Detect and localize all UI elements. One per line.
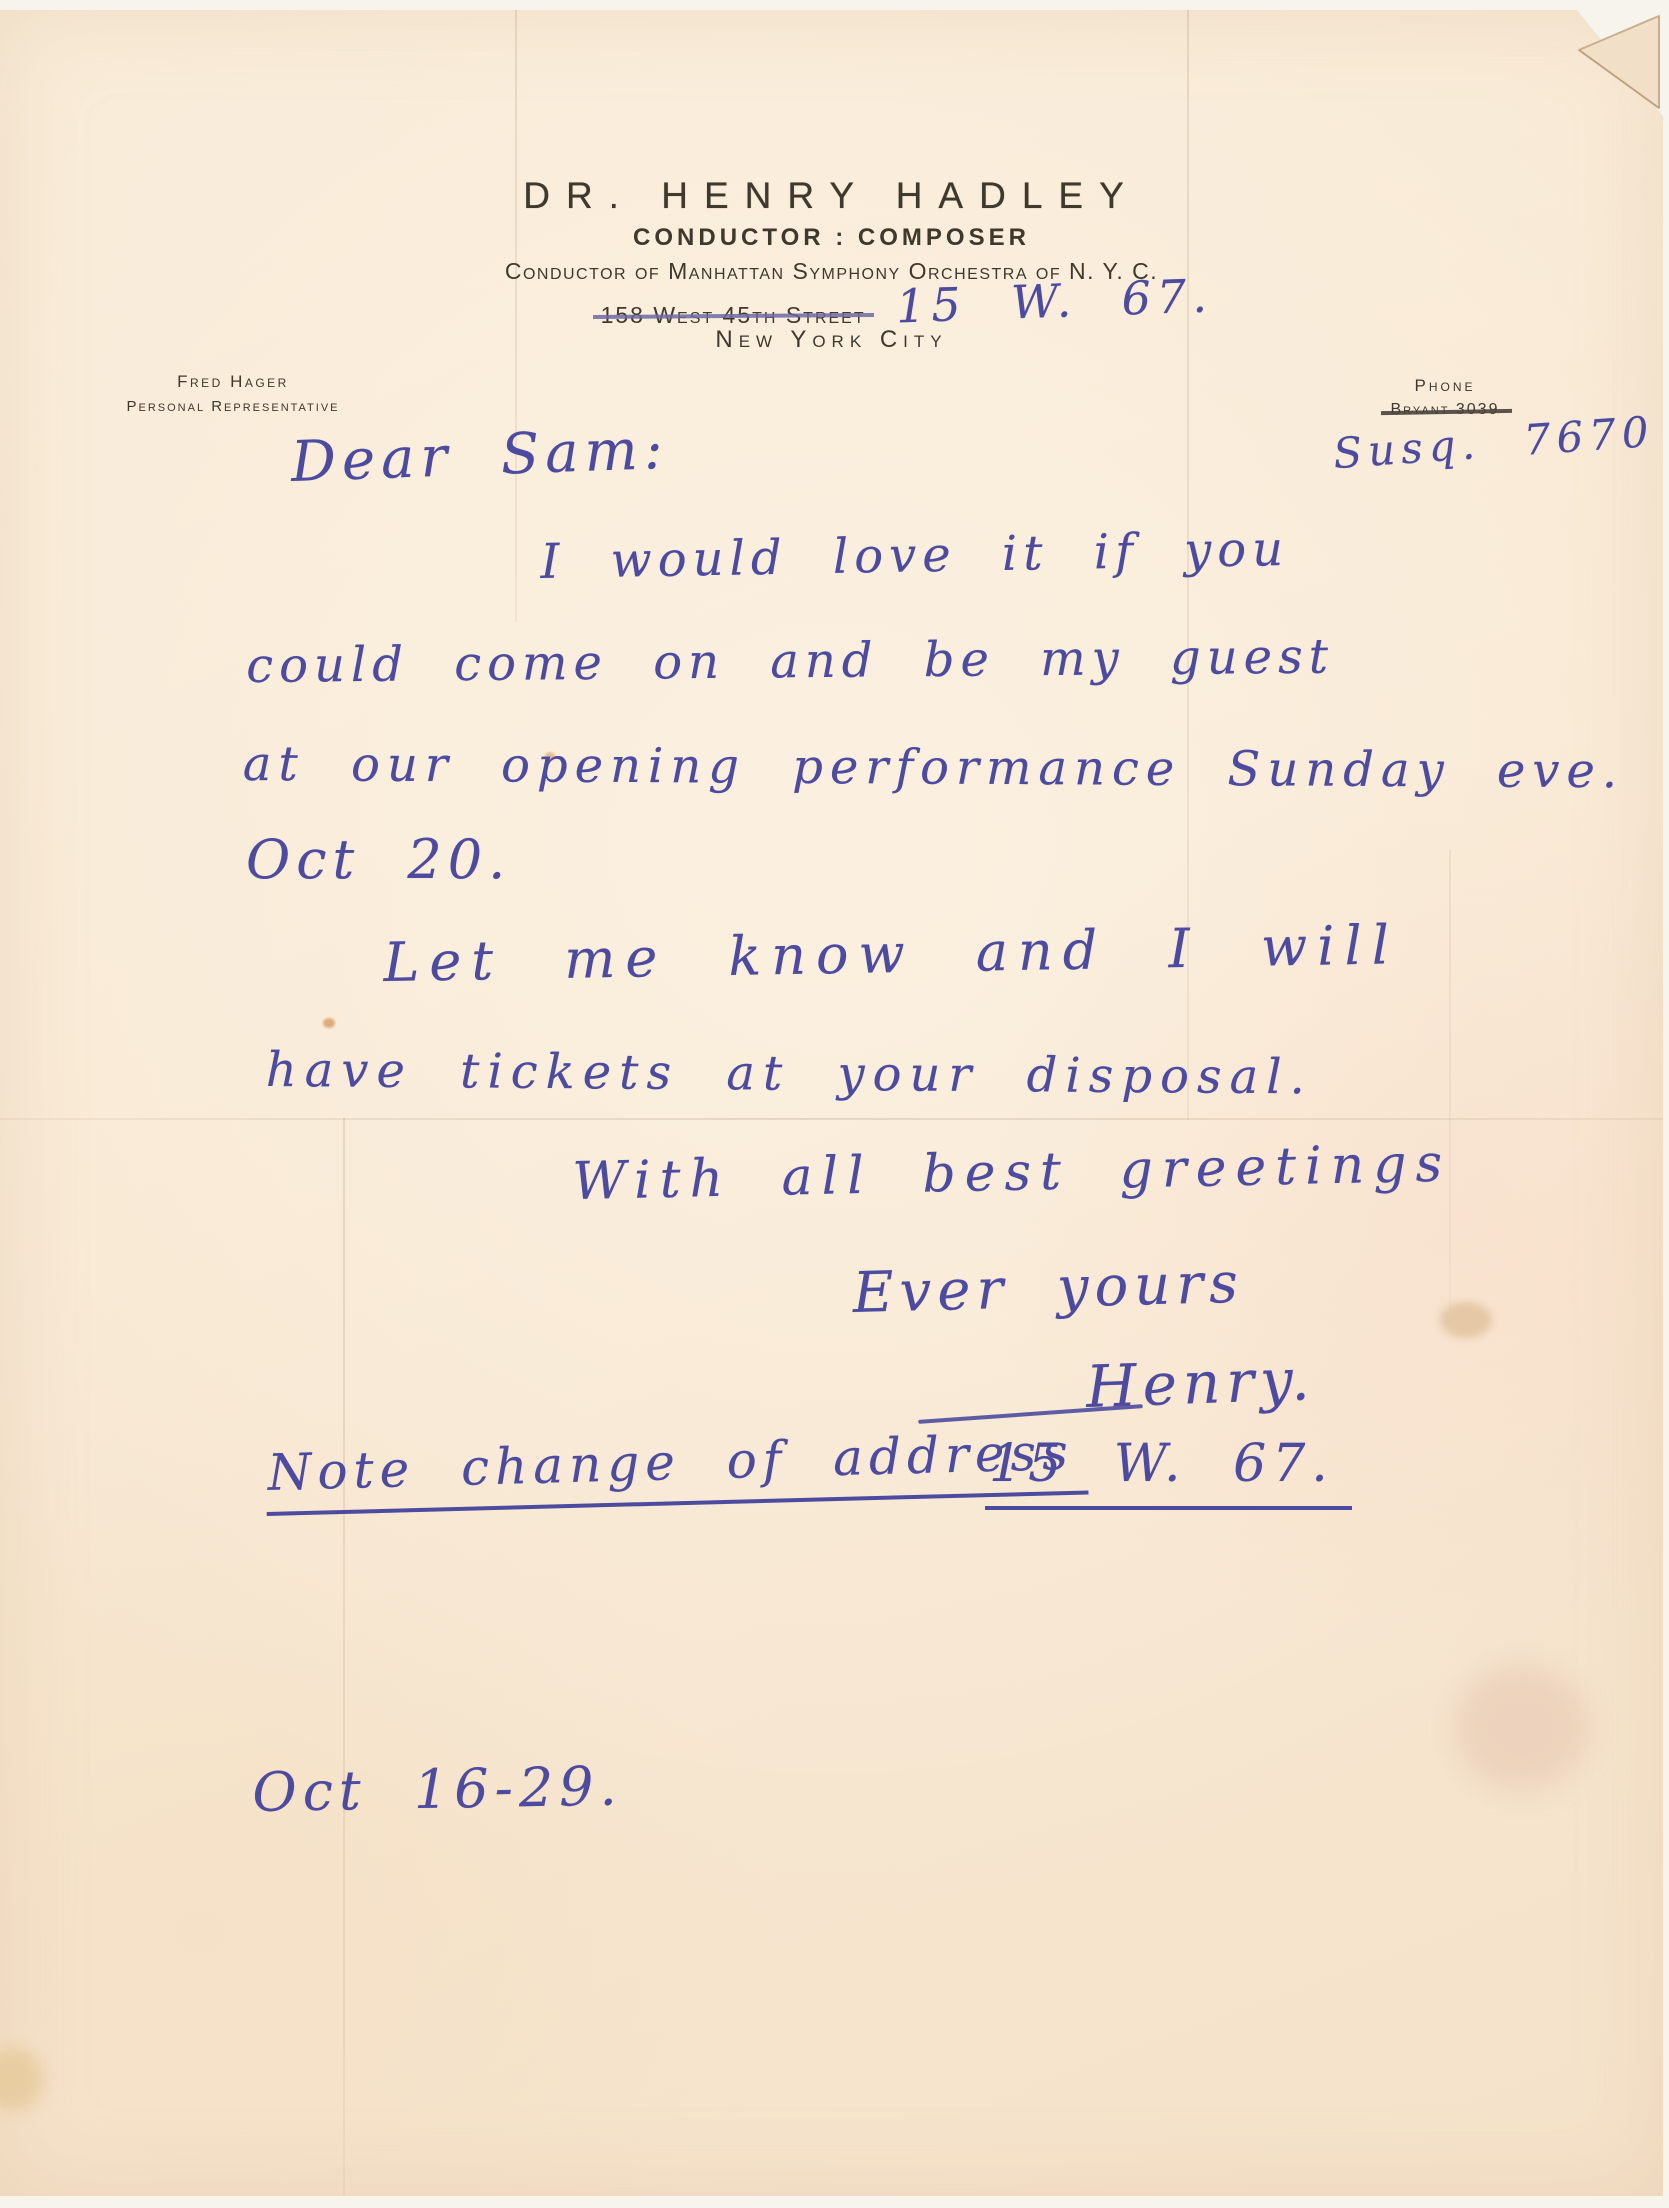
representative-title: Personal Representative: [88, 398, 378, 415]
address-note: Note change of address: [265, 1426, 1089, 1516]
fold-crease-vertical: [343, 1118, 345, 2196]
fold-crease-horizontal: [0, 1118, 1663, 1120]
letterhead-address-row: 158 West 45th Street 15 W. 67.: [0, 284, 1663, 330]
letterhead-name: DR. HENRY HADLEY: [0, 175, 1663, 217]
letter-line: I would love it if you: [540, 525, 1289, 586]
letter-line: Oct 20.: [246, 833, 511, 887]
old-address-struck: 158 West 45th Street: [601, 302, 866, 329]
letter-date: Oct 16-29.: [252, 1760, 623, 1820]
letterhead-city: New York City: [0, 326, 1663, 354]
stain: [0, 2048, 44, 2110]
stain: [323, 1018, 335, 1028]
letter-line: could come on and be my guest: [246, 633, 1334, 690]
folded-corner: [1575, 10, 1665, 118]
letterhead-org: Conductor of Manhattan Symphony Orchestr…: [0, 258, 1663, 285]
old-phone-struck: Bryant 3039: [1391, 401, 1500, 419]
letterhead-role: CONDUCTOR : COMPOSER: [0, 224, 1663, 252]
letter-line: Let me know and I will: [383, 918, 1399, 990]
representative-name: Fred Hager: [88, 372, 378, 392]
address-note-value: 15 W. 67.: [985, 1438, 1352, 1510]
letter-line: have tickets at your disposal.: [266, 1046, 1313, 1101]
closing-line: With all best greetings: [572, 1138, 1452, 1208]
phone-block: Phone Bryant 3039 Susq. 7670: [1305, 376, 1585, 419]
letter-line: at our opening performance Sunday eve.: [243, 740, 1625, 795]
salutation: Dear Sam:: [290, 422, 669, 491]
valediction: Ever yours: [852, 1256, 1244, 1322]
stain: [1455, 1665, 1590, 1790]
stain: [1440, 1302, 1492, 1338]
letter-paper: DR. HENRY HADLEY CONDUCTOR : COMPOSER Co…: [0, 10, 1663, 2196]
signature: Henry.: [1085, 1350, 1316, 1416]
representative-block: Fred Hager Personal Representative: [88, 372, 378, 415]
handwritten-new-address: 15 W. 67.: [895, 272, 1213, 329]
fold-crease-vertical: [1449, 850, 1451, 1310]
phone-label: Phone: [1305, 376, 1585, 396]
handwritten-new-phone: Susq. 7670: [1332, 411, 1656, 475]
